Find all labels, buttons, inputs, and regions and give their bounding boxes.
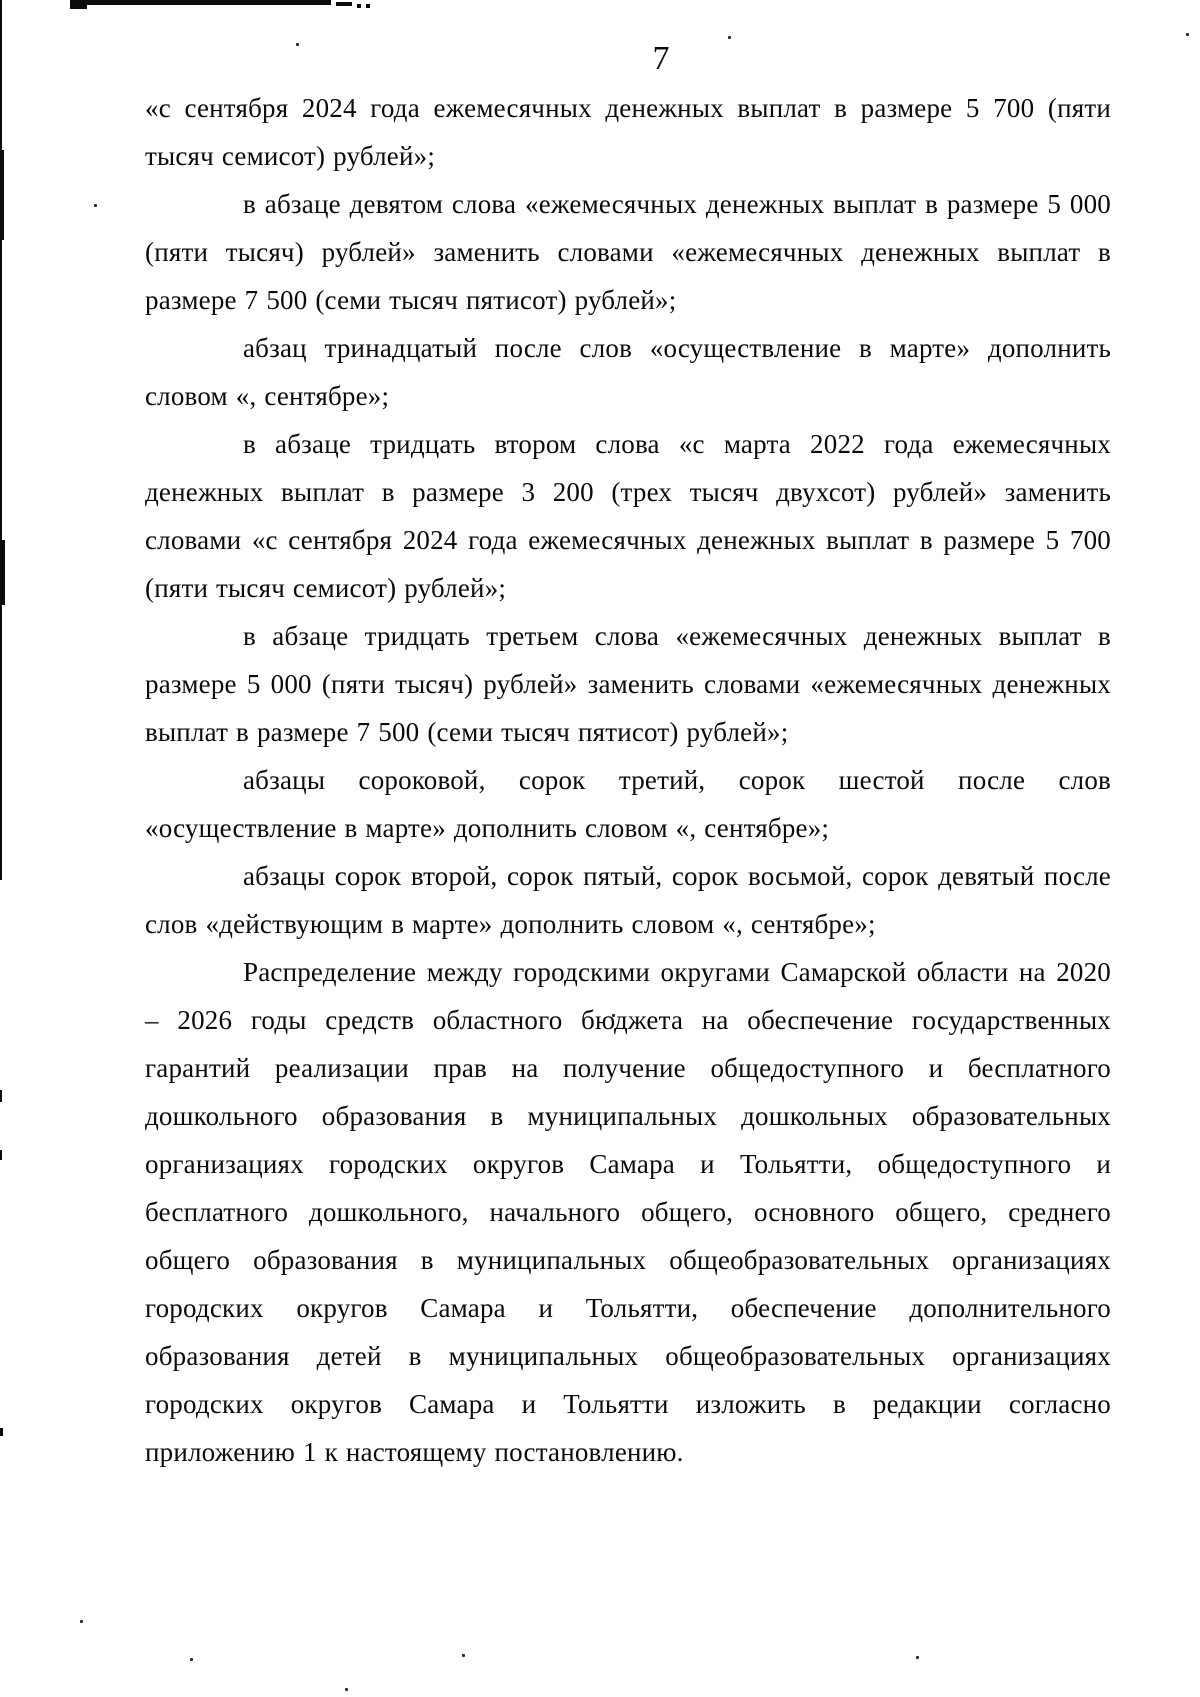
scan-artifact-top-dot [357, 4, 361, 8]
scan-artifact-top-dot [366, 4, 370, 8]
scan-artifact-left-thick [0, 150, 4, 240]
scan-speck [80, 1620, 83, 1623]
paragraph-amendment: в абзаце тридцать втором слова «с марта … [145, 420, 1111, 612]
paragraph-distribution: Распределение между городскими округами … [145, 948, 1111, 1476]
scan-artifact-left-tick [0, 1150, 2, 1160]
scan-speck [345, 1688, 348, 1691]
paragraph-amendment: в абзаце тридцать третьем слова «ежемеся… [145, 612, 1111, 756]
scan-artifact-left-tick [0, 1428, 3, 1436]
scan-speck [728, 36, 731, 39]
scan-speck [916, 1656, 919, 1659]
scan-artifact-top-dash [336, 2, 352, 6]
scan-speck [1186, 33, 1189, 36]
paragraph-quote-continuation: «с сентября 2024 года ежемесячных денежн… [145, 84, 1111, 180]
scan-artifact-left-line [0, 0, 2, 880]
scan-speck [190, 1658, 193, 1661]
paragraph-amendment: абзацы сорок второй, сорок пятый, сорок … [145, 852, 1111, 948]
scan-artifact-left-tick [0, 1090, 2, 1102]
paragraph-amendment: абзац тринадцатый после слов «осуществле… [145, 324, 1111, 420]
scan-artifact-top-bar [85, 0, 331, 5]
scan-speck [94, 204, 97, 207]
scan-artifact-left-thick [0, 540, 5, 605]
paragraph-amendment: абзацы сороковой, сорок третий, сорок ше… [145, 756, 1111, 852]
page-number: 7 [145, 40, 1145, 77]
document-body: «с сентября 2024 года ежемесячных денежн… [145, 84, 1111, 1476]
paragraph-amendment: в абзаце девятом слова «ежемесячных дене… [145, 180, 1111, 324]
scan-speck [462, 1654, 465, 1657]
scanned-document-page: 7 «с сентября 2024 года ежемесячных дене… [0, 0, 1200, 1697]
